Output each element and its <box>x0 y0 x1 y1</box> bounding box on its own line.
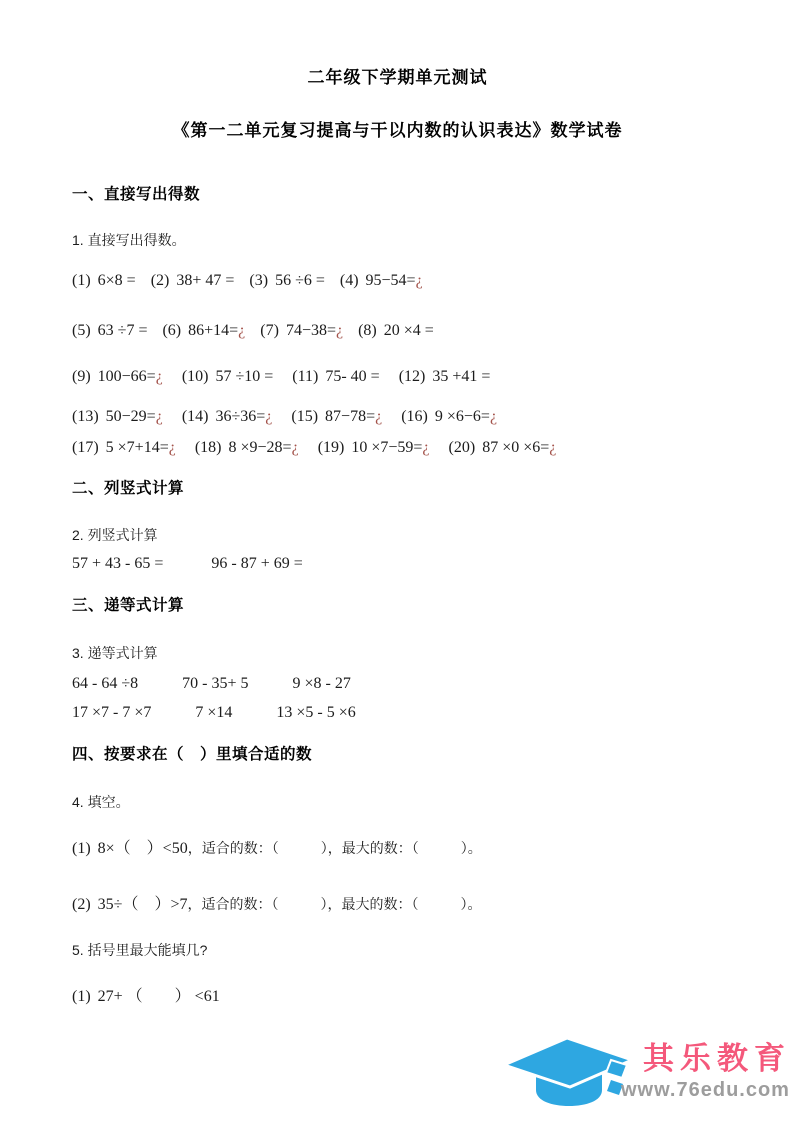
section2-instruction: 2. 列竖式计算 <box>72 526 723 545</box>
graduation-cap-icon <box>501 1029 639 1114</box>
missing-answer-mark: ¿ <box>156 408 163 425</box>
problem-11: (11)75- 40 = <box>292 368 379 386</box>
missing-answer-mark: ¿ <box>238 322 245 339</box>
problem-17: (17)5 ×7+14=¿ <box>72 439 176 457</box>
problem-5: (5)63 ÷7 = <box>72 322 147 340</box>
problem-row-3: (9)100−66=¿ (10)57 ÷10 = (11)75- 40 = (1… <box>72 368 723 386</box>
expression-5: 7 ×14 <box>195 704 232 722</box>
missing-answer-mark: ¿ <box>416 272 423 289</box>
page-title: 二年级下学期单元测试 <box>72 66 723 90</box>
missing-answer-mark: ¿ <box>336 322 343 339</box>
problem-row-2: (5)63 ÷7 = (6)86+14=¿ (7)74−38=¿ (8)20 ×… <box>72 322 723 340</box>
problem-4: (4)95−54=¿ <box>340 272 423 290</box>
problem-14: (14)36÷36=¿ <box>182 408 273 426</box>
problem-18: (18)8 ×9−28=¿ <box>195 439 299 457</box>
expression-3: 9 ×8 - 27 <box>292 675 350 693</box>
document-page: 二年级下学期单元测试 《第一二单元复习提高与干以内数的认识表达》数学试卷 一、直… <box>0 0 793 1122</box>
section3-heading: 三、递等式计算 <box>72 596 723 616</box>
section2-heading: 二、列竖式计算 <box>72 479 723 499</box>
brand-url: www.76edu.com <box>621 1078 791 1102</box>
problem-8: (8)20 ×4 = <box>358 322 434 340</box>
problem-6: (6)86+14=¿ <box>162 322 245 340</box>
stepwise-row-2: 17 ×7 - 7 ×7 7 ×14 13 ×5 - 5 ×6 <box>72 704 723 722</box>
section3-instruction: 3. 递等式计算 <box>72 644 723 663</box>
problem-row-1: (1)6×8 = (2)38+ 47 = (3)56 ÷6 = (4)95−54… <box>72 272 723 290</box>
problem-13: (13)50−29=¿ <box>72 408 163 426</box>
brand-footer: 其乐教育 www.76edu.com <box>501 1029 791 1114</box>
expression-6: 13 ×5 - 5 ×6 <box>276 704 355 722</box>
missing-answer-mark: ¿ <box>292 439 299 456</box>
problem-10: (10)57 ÷10 = <box>182 368 273 386</box>
problem-15: (15)87−78=¿ <box>291 408 382 426</box>
fill-blank-item-1: (1)8×（ ）<50，适合的数：（ ），最大的数：（ ）。 <box>72 835 723 858</box>
missing-answer-mark: ¿ <box>169 439 176 456</box>
stepwise-row-1: 64 - 64 ÷8 70 - 35+ 5 9 ×8 - 27 <box>72 675 723 693</box>
expression-4: 17 ×7 - 7 ×7 <box>72 704 151 722</box>
expression-1: 64 - 64 ÷8 <box>72 675 138 693</box>
missing-answer-mark: ¿ <box>422 439 429 456</box>
problem-12: (12)35 +41 = <box>399 368 491 386</box>
problem-20: (20)87 ×0 ×6=¿ <box>449 439 557 457</box>
problem-9: (9)100−66=¿ <box>72 368 163 386</box>
missing-answer-mark: ¿ <box>265 408 272 425</box>
problem-16: (16)9 ×6−6=¿ <box>401 408 497 426</box>
problem-7: (7)74−38=¿ <box>260 322 343 340</box>
section5-instruction: 5. 括号里最大能填几? <box>72 941 723 960</box>
problem-2: (2)38+ 47 = <box>151 272 235 290</box>
problem-3: (3)56 ÷6 = <box>249 272 324 290</box>
problem-row-5: (17)5 ×7+14=¿ (18)8 ×9−28=¿ (19)10 ×7−59… <box>72 439 723 457</box>
page-subtitle: 《第一二单元复习提高与干以内数的认识表达》数学试卷 <box>72 119 723 143</box>
missing-answer-mark: ¿ <box>156 368 163 385</box>
equation-1: 57 + 43 - 65 = <box>72 555 163 573</box>
problem-1: (1)6×8 = <box>72 272 136 290</box>
section1-heading: 一、直接写出得数 <box>72 185 723 205</box>
equation-2: 96 - 87 + 69 = <box>211 555 302 573</box>
missing-answer-mark: ¿ <box>549 439 556 456</box>
vertical-calc-row: 57 + 43 - 65 = 96 - 87 + 69 = <box>72 555 723 573</box>
problem-19: (19)10 ×7−59=¿ <box>318 439 430 457</box>
section4-heading: 四、按要求在（ ）里填合适的数 <box>72 745 723 765</box>
problem-row-4: (13)50−29=¿ (14)36÷36=¿ (15)87−78=¿ (16)… <box>72 408 723 426</box>
missing-answer-mark: ¿ <box>375 408 382 425</box>
expression-2: 70 - 35+ 5 <box>182 675 248 693</box>
brand-name: 其乐教育 <box>643 1041 791 1077</box>
section1-instruction: 1. 直接写出得数。 <box>72 231 723 250</box>
section4-instruction: 4. 填空。 <box>72 793 723 812</box>
fill-blank-item-2: (2)35÷（ ）>7，适合的数：（ ），最大的数：（ ）。 <box>72 891 723 914</box>
missing-answer-mark: ¿ <box>490 408 497 425</box>
max-fill-item-1: (1)27+ （ ） <61 <box>72 983 723 1006</box>
